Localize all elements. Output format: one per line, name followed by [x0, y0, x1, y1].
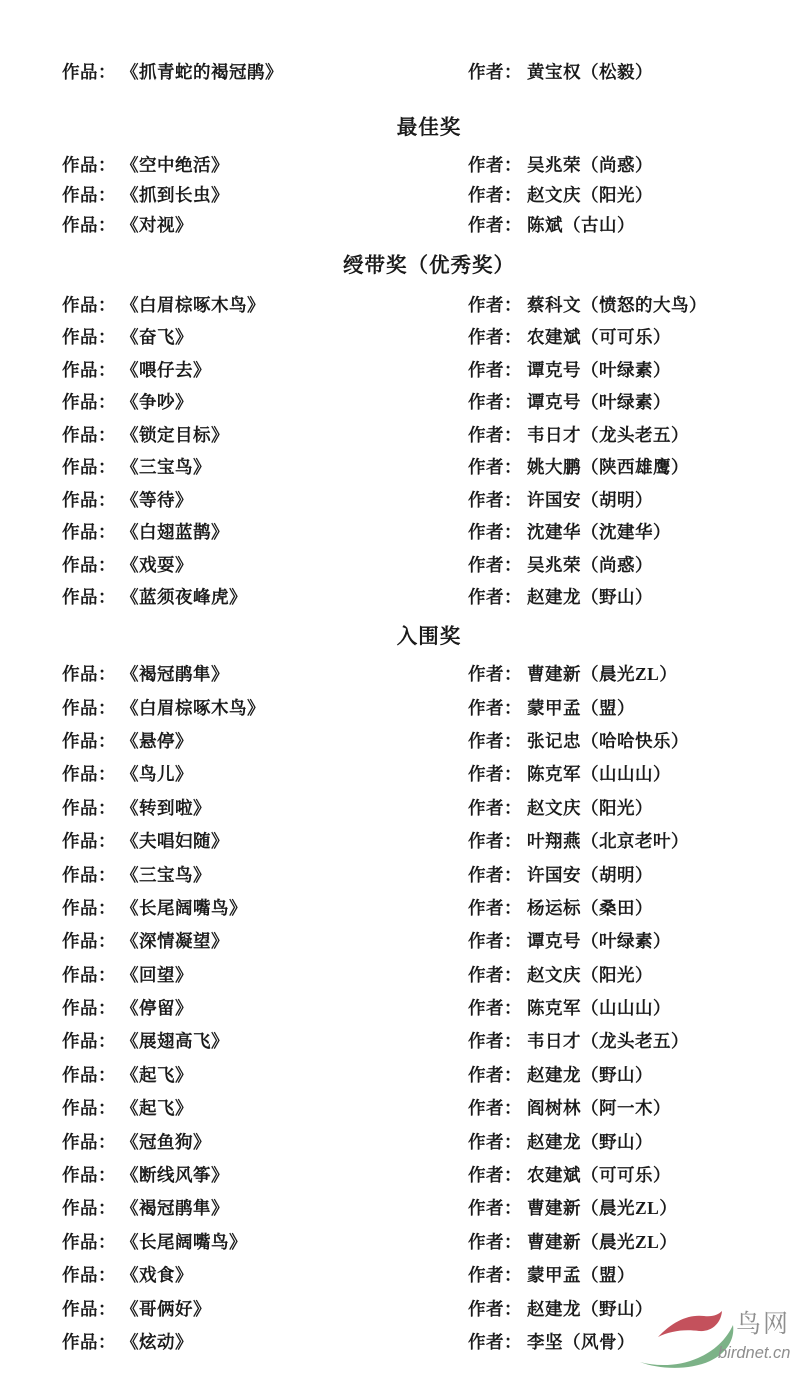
author-name: 许国安（胡明） — [527, 487, 653, 512]
author-name: 蒙甲孟（盟） — [527, 1262, 635, 1287]
author-cell: 作者： 赵建龙（野山） — [468, 584, 653, 609]
author-name: 陈克军（山山山） — [527, 761, 671, 786]
author-cell: 作者： 赵文庆（阳光） — [468, 962, 653, 987]
work-cell: 作品： 《断线风筝》 — [62, 1162, 468, 1187]
author-cell: 作者： 赵建龙（野山） — [468, 1296, 653, 1321]
work-label: 作品： — [62, 1028, 116, 1053]
work-label: 作品： — [62, 862, 116, 887]
author-name: 农建斌（可可乐） — [527, 324, 671, 349]
work-cell: 作品： 《空中绝活》 — [62, 152, 468, 177]
award-row: 作品： 《长尾阔嘴鸟》 作者： 曹建新（晨光ZL） — [0, 1225, 800, 1258]
work-cell: 作品： 《白翅蓝鹊》 — [62, 519, 468, 544]
work-cell: 作品： 《长尾阔嘴鸟》 — [62, 1229, 468, 1254]
author-name: 赵文庆（阳光） — [527, 795, 653, 820]
work-label: 作品： — [62, 212, 116, 237]
work-title: 《褐冠鹃隼》 — [121, 661, 229, 686]
author-name: 李坚（风骨） — [527, 1329, 635, 1354]
work-title: 《展翅高飞》 — [121, 1028, 229, 1053]
work-label: 作品： — [62, 995, 116, 1020]
author-label: 作者： — [468, 584, 522, 609]
work-title: 《夫唱妇随》 — [121, 828, 229, 853]
author-name: 黄宝权（松毅） — [527, 59, 653, 84]
author-name: 韦日才（龙头老五） — [527, 1028, 689, 1053]
work-label: 作品： — [62, 519, 116, 544]
award-row: 作品： 《悬停》 作者： 张记忠（哈哈快乐） — [0, 724, 800, 757]
author-label: 作者： — [468, 1262, 522, 1287]
work-cell: 作品： 《戏食》 — [62, 1262, 468, 1287]
work-title: 《抓到长虫》 — [121, 182, 229, 207]
author-label: 作者： — [468, 862, 522, 887]
author-label: 作者： — [468, 695, 522, 720]
award-row: 作品： 《三宝鸟》 作者： 许国安（胡明） — [0, 857, 800, 890]
work-title: 《抓青蛇的褐冠鹃》 — [121, 59, 283, 84]
work-title: 《奋飞》 — [121, 324, 193, 349]
author-label: 作者： — [468, 761, 522, 786]
award-row: 作品： 《奋飞》 作者： 农建斌（可可乐） — [0, 321, 800, 354]
work-title: 《冠鱼狗》 — [121, 1129, 211, 1154]
award-row: 作品： 《蓝须夜峰虎》 作者： 赵建龙（野山） — [0, 581, 800, 614]
author-label: 作者： — [468, 487, 522, 512]
author-label: 作者： — [468, 519, 522, 544]
award-row: 作品： 《戏食》 作者： 蒙甲孟（盟） — [0, 1258, 800, 1291]
work-label: 作品： — [62, 962, 116, 987]
author-cell: 作者： 黄宝权（松毅） — [468, 59, 653, 84]
work-title: 《停留》 — [121, 995, 193, 1020]
award-row: 作品： 《抓到长虫》 作者： 赵文庆（阳光） — [0, 179, 800, 209]
work-cell: 作品： 《悬停》 — [62, 728, 468, 753]
work-title: 《三宝鸟》 — [121, 862, 211, 887]
author-label: 作者： — [468, 324, 522, 349]
work-label: 作品： — [62, 1262, 116, 1287]
author-label: 作者： — [468, 1028, 522, 1053]
author-label: 作者： — [468, 1095, 522, 1120]
work-label: 作品： — [62, 357, 116, 382]
work-cell: 作品： 《抓到长虫》 — [62, 182, 468, 207]
author-name: 曹建新（晨光ZL） — [527, 1195, 677, 1220]
work-cell: 作品： 《等待》 — [62, 487, 468, 512]
author-label: 作者： — [468, 357, 522, 382]
work-label: 作品： — [62, 152, 116, 177]
work-label: 作品： — [62, 1329, 116, 1354]
work-title: 《三宝鸟》 — [121, 454, 211, 479]
author-cell: 作者： 农建斌（可可乐） — [468, 1162, 671, 1187]
author-name: 杨运标（桑田） — [527, 895, 653, 920]
work-cell: 作品： 《回望》 — [62, 962, 468, 987]
award-row: 作品： 《褐冠鹃隼》 作者： 曹建新（晨光ZL） — [0, 657, 800, 690]
author-cell: 作者： 谭克号（叶绿素） — [468, 928, 671, 953]
work-label: 作品： — [62, 661, 116, 686]
work-cell: 作品： 《哥俩好》 — [62, 1296, 468, 1321]
logo-domain: birdnet.cn — [718, 1344, 790, 1362]
award-row: 作品： 《深情凝望》 作者： 谭克号（叶绿素） — [0, 924, 800, 957]
author-label: 作者： — [468, 928, 522, 953]
red-swoosh-icon — [658, 1311, 722, 1337]
award-row: 作品： 《冠鱼狗》 作者： 赵建龙（野山） — [0, 1124, 800, 1157]
work-title: 《争吵》 — [121, 389, 193, 414]
work-cell: 作品： 《白眉棕啄木鸟》 — [62, 292, 468, 317]
award-row: 作品： 《长尾阔嘴鸟》 作者： 杨运标（桑田） — [0, 891, 800, 924]
work-cell: 作品： 《抓青蛇的褐冠鹃》 — [62, 59, 468, 84]
section-heading: 入围奖 — [0, 625, 800, 649]
author-name: 叶翔燕（北京老叶） — [527, 828, 689, 853]
award-row: 作品： 《锁定目标》 作者： 韦日才（龙头老五） — [0, 418, 800, 451]
author-cell: 作者： 陈斌（古山） — [468, 212, 635, 237]
work-title: 《断线风筝》 — [121, 1162, 229, 1187]
work-label: 作品： — [62, 1229, 116, 1254]
award-row: 作品： 《三宝鸟》 作者： 姚大鹏（陕西雄鹰） — [0, 451, 800, 484]
work-label: 作品： — [62, 1162, 116, 1187]
award-section: 绶带奖（优秀奖） 作品： 《白眉棕啄木鸟》 作者： 蔡科文（愤怒的大鸟） 作品：… — [0, 254, 800, 613]
work-label: 作品： — [62, 292, 116, 317]
work-cell: 作品： 《鸟儿》 — [62, 761, 468, 786]
award-row: 作品： 《夫唱妇随》 作者： 叶翔燕（北京老叶） — [0, 824, 800, 857]
award-section: 作品： 《抓青蛇的褐冠鹃》 作者： 黄宝权（松毅） — [0, 56, 800, 86]
work-label: 作品： — [62, 1195, 116, 1220]
work-title: 《白眉棕啄木鸟》 — [121, 695, 265, 720]
award-row: 作品： 《等待》 作者： 许国安（胡明） — [0, 483, 800, 516]
award-list: 作品： 《抓青蛇的褐冠鹃》 作者： 黄宝权（松毅） 最佳奖 作品： 《空中绝活》… — [0, 0, 800, 1358]
author-cell: 作者： 蔡科文（愤怒的大鸟） — [468, 292, 707, 317]
author-cell: 作者： 韦日才（龙头老五） — [468, 1028, 689, 1053]
work-label: 作品： — [62, 324, 116, 349]
work-title: 《长尾阔嘴鸟》 — [121, 895, 247, 920]
author-cell: 作者： 李坚（风骨） — [468, 1329, 635, 1354]
author-label: 作者： — [468, 182, 522, 207]
author-name: 吴兆荣（尚惑） — [527, 152, 653, 177]
author-label: 作者： — [468, 895, 522, 920]
author-name: 曹建新（晨光ZL） — [527, 661, 677, 686]
work-label: 作品： — [62, 695, 116, 720]
work-title: 《喂仔去》 — [121, 357, 211, 382]
author-label: 作者： — [468, 422, 522, 447]
author-name: 农建斌（可可乐） — [527, 1162, 671, 1187]
author-label: 作者： — [468, 454, 522, 479]
work-cell: 作品： 《三宝鸟》 — [62, 862, 468, 887]
work-cell: 作品： 《长尾阔嘴鸟》 — [62, 895, 468, 920]
author-label: 作者： — [468, 661, 522, 686]
author-cell: 作者： 曹建新（晨光ZL） — [468, 1229, 677, 1254]
work-label: 作品： — [62, 828, 116, 853]
work-label: 作品： — [62, 728, 116, 753]
work-title: 《起飞》 — [121, 1062, 193, 1087]
work-title: 《戏耍》 — [121, 552, 193, 577]
work-cell: 作品： 《转到啦》 — [62, 795, 468, 820]
logo-name: 鸟网 — [736, 1310, 790, 1338]
author-cell: 作者： 韦日才（龙头老五） — [468, 422, 689, 447]
work-label: 作品： — [62, 487, 116, 512]
work-title: 《对视》 — [121, 212, 193, 237]
author-cell: 作者： 叶翔燕（北京老叶） — [468, 828, 689, 853]
work-label: 作品： — [62, 928, 116, 953]
author-name: 赵文庆（阳光） — [527, 182, 653, 207]
work-title: 《哥俩好》 — [121, 1296, 211, 1321]
work-title: 《鸟儿》 — [121, 761, 193, 786]
award-row: 作品： 《停留》 作者： 陈克军（山山山） — [0, 991, 800, 1024]
work-title: 《白眉棕啄木鸟》 — [121, 292, 265, 317]
award-document: 作品： 《抓青蛇的褐冠鹃》 作者： 黄宝权（松毅） 最佳奖 作品： 《空中绝活》… — [0, 0, 800, 1379]
work-cell: 作品： 《深情凝望》 — [62, 928, 468, 953]
author-label: 作者： — [468, 292, 522, 317]
work-title: 《等待》 — [121, 487, 193, 512]
author-name: 阎树林（阿一木） — [527, 1095, 671, 1120]
work-title: 《空中绝活》 — [121, 152, 229, 177]
work-title: 《长尾阔嘴鸟》 — [121, 1229, 247, 1254]
work-title: 《白翅蓝鹊》 — [121, 519, 229, 544]
author-label: 作者： — [468, 212, 522, 237]
author-cell: 作者： 许国安（胡明） — [468, 862, 653, 887]
author-cell: 作者： 谭克号（叶绿素） — [468, 389, 671, 414]
author-label: 作者： — [468, 962, 522, 987]
award-row: 作品： 《起飞》 作者： 阎树林（阿一木） — [0, 1091, 800, 1124]
work-label: 作品： — [62, 584, 116, 609]
work-cell: 作品： 《戏耍》 — [62, 552, 468, 577]
work-cell: 作品： 《褐冠鹃隼》 — [62, 1195, 468, 1220]
work-title: 《起飞》 — [121, 1095, 193, 1120]
work-label: 作品： — [62, 1095, 116, 1120]
work-label: 作品： — [62, 454, 116, 479]
work-title: 《蓝须夜峰虎》 — [121, 584, 247, 609]
work-title: 《深情凝望》 — [121, 928, 229, 953]
author-cell: 作者： 陈克军（山山山） — [468, 995, 671, 1020]
award-row: 作品： 《戏耍》 作者： 吴兆荣（尚惑） — [0, 548, 800, 581]
work-title: 《悬停》 — [121, 728, 193, 753]
author-cell: 作者： 阎树林（阿一木） — [468, 1095, 671, 1120]
work-cell: 作品： 《争吵》 — [62, 389, 468, 414]
author-name: 赵建龙（野山） — [527, 1129, 653, 1154]
work-label: 作品： — [62, 761, 116, 786]
work-cell: 作品： 《炫动》 — [62, 1329, 468, 1354]
work-label: 作品： — [62, 1062, 116, 1087]
section-heading: 最佳奖 — [0, 116, 800, 140]
author-cell: 作者： 曹建新（晨光ZL） — [468, 661, 677, 686]
work-cell: 作品： 《蓝须夜峰虎》 — [62, 584, 468, 609]
award-row: 作品： 《转到啦》 作者： 赵文庆（阳光） — [0, 791, 800, 824]
author-name: 许国安（胡明） — [527, 862, 653, 887]
award-row: 作品： 《鸟儿》 作者： 陈克军（山山山） — [0, 757, 800, 790]
author-cell: 作者： 谭克号（叶绿素） — [468, 357, 671, 382]
author-cell: 作者： 陈克军（山山山） — [468, 761, 671, 786]
author-label: 作者： — [468, 152, 522, 177]
author-name: 陈克军（山山山） — [527, 995, 671, 1020]
work-label: 作品： — [62, 1129, 116, 1154]
author-label: 作者： — [468, 828, 522, 853]
work-cell: 作品： 《对视》 — [62, 212, 468, 237]
author-name: 赵建龙（野山） — [527, 584, 653, 609]
work-label: 作品： — [62, 795, 116, 820]
section-heading: 绶带奖（优秀奖） — [0, 254, 800, 278]
work-title: 《褐冠鹃隼》 — [121, 1195, 229, 1220]
author-cell: 作者： 蒙甲孟（盟） — [468, 695, 635, 720]
author-name: 蔡科文（愤怒的大鸟） — [527, 292, 707, 317]
work-label: 作品： — [62, 552, 116, 577]
author-cell: 作者： 曹建新（晨光ZL） — [468, 1195, 677, 1220]
work-label: 作品： — [62, 895, 116, 920]
award-row: 作品： 《白翅蓝鹊》 作者： 沈建华（沈建华） — [0, 516, 800, 549]
author-name: 谭克号（叶绿素） — [527, 357, 671, 382]
author-name: 姚大鹏（陕西雄鹰） — [527, 454, 689, 479]
work-cell: 作品： 《褐冠鹃隼》 — [62, 661, 468, 686]
author-label: 作者： — [468, 1129, 522, 1154]
award-row: 作品： 《白眉棕啄木鸟》 作者： 蔡科文（愤怒的大鸟） — [0, 288, 800, 321]
award-row: 作品： 《展翅高飞》 作者： 韦日才（龙头老五） — [0, 1024, 800, 1057]
work-cell: 作品： 《展翅高飞》 — [62, 1028, 468, 1053]
work-label: 作品： — [62, 182, 116, 207]
author-name: 蒙甲孟（盟） — [527, 695, 635, 720]
work-label: 作品： — [62, 422, 116, 447]
author-name: 曹建新（晨光ZL） — [527, 1229, 677, 1254]
author-cell: 作者： 赵文庆（阳光） — [468, 795, 653, 820]
author-cell: 作者： 许国安（胡明） — [468, 487, 653, 512]
award-row: 作品： 《起飞》 作者： 赵建龙（野山） — [0, 1058, 800, 1091]
author-name: 吴兆荣（尚惑） — [527, 552, 653, 577]
work-title: 《回望》 — [121, 962, 193, 987]
work-cell: 作品： 《冠鱼狗》 — [62, 1129, 468, 1154]
author-label: 作者： — [468, 728, 522, 753]
award-section: 入围奖 作品： 《褐冠鹃隼》 作者： 曹建新（晨光ZL） 作品： 《白眉棕啄木鸟… — [0, 625, 800, 1358]
author-label: 作者： — [468, 1229, 522, 1254]
author-name: 谭克号（叶绿素） — [527, 928, 671, 953]
work-cell: 作品： 《起飞》 — [62, 1095, 468, 1120]
author-name: 陈斌（古山） — [527, 212, 635, 237]
award-row: 作品： 《喂仔去》 作者： 谭克号（叶绿素） — [0, 353, 800, 386]
award-section: 最佳奖 作品： 《空中绝活》 作者： 吴兆荣（尚惑） 作品： 《抓到长虫》 作者… — [0, 116, 800, 239]
author-label: 作者： — [468, 1296, 522, 1321]
work-cell: 作品： 《起飞》 — [62, 1062, 468, 1087]
award-row: 作品： 《褐冠鹃隼》 作者： 曹建新（晨光ZL） — [0, 1191, 800, 1224]
author-label: 作者： — [468, 1062, 522, 1087]
author-name: 赵建龙（野山） — [527, 1062, 653, 1087]
work-label: 作品： — [62, 59, 116, 84]
author-cell: 作者： 农建斌（可可乐） — [468, 324, 671, 349]
award-row: 作品： 《争吵》 作者： 谭克号（叶绿素） — [0, 386, 800, 419]
author-label: 作者： — [468, 389, 522, 414]
author-cell: 作者： 赵建龙（野山） — [468, 1129, 653, 1154]
author-cell: 作者： 张记忠（哈哈快乐） — [468, 728, 689, 753]
work-title: 《戏食》 — [121, 1262, 193, 1287]
birdnet-logo: 鸟网 birdnet.cn — [630, 1292, 800, 1377]
author-name: 谭克号（叶绿素） — [527, 389, 671, 414]
author-label: 作者： — [468, 795, 522, 820]
work-label: 作品： — [62, 389, 116, 414]
author-cell: 作者： 姚大鹏（陕西雄鹰） — [468, 454, 689, 479]
work-title: 《锁定目标》 — [121, 422, 229, 447]
award-row: 作品： 《对视》 作者： 陈斌（古山） — [0, 209, 800, 239]
work-cell: 作品： 《奋飞》 — [62, 324, 468, 349]
author-cell: 作者： 吴兆荣（尚惑） — [468, 152, 653, 177]
author-cell: 作者： 杨运标（桑田） — [468, 895, 653, 920]
author-cell: 作者： 蒙甲孟（盟） — [468, 1262, 635, 1287]
author-name: 韦日才（龙头老五） — [527, 422, 689, 447]
author-label: 作者： — [468, 995, 522, 1020]
work-title: 《炫动》 — [121, 1329, 193, 1354]
author-cell: 作者： 吴兆荣（尚惑） — [468, 552, 653, 577]
author-cell: 作者： 赵文庆（阳光） — [468, 182, 653, 207]
author-name: 张记忠（哈哈快乐） — [527, 728, 689, 753]
work-cell: 作品： 《停留》 — [62, 995, 468, 1020]
work-cell: 作品： 《锁定目标》 — [62, 422, 468, 447]
work-cell: 作品： 《白眉棕啄木鸟》 — [62, 695, 468, 720]
award-row: 作品： 《白眉棕啄木鸟》 作者： 蒙甲孟（盟） — [0, 690, 800, 723]
author-label: 作者： — [468, 552, 522, 577]
author-name: 沈建华（沈建华） — [527, 519, 671, 544]
work-cell: 作品： 《三宝鸟》 — [62, 454, 468, 479]
award-row: 作品： 《断线风筝》 作者： 农建斌（可可乐） — [0, 1158, 800, 1191]
author-cell: 作者： 沈建华（沈建华） — [468, 519, 671, 544]
author-name: 赵文庆（阳光） — [527, 962, 653, 987]
work-cell: 作品： 《夫唱妇随》 — [62, 828, 468, 853]
work-title: 《转到啦》 — [121, 795, 211, 820]
author-label: 作者： — [468, 1329, 522, 1354]
award-row: 作品： 《回望》 作者： 赵文庆（阳光） — [0, 958, 800, 991]
author-label: 作者： — [468, 59, 522, 84]
award-row: 作品： 《空中绝活》 作者： 吴兆荣（尚惑） — [0, 149, 800, 179]
author-label: 作者： — [468, 1162, 522, 1187]
work-label: 作品： — [62, 1296, 116, 1321]
award-row: 作品： 《抓青蛇的褐冠鹃》 作者： 黄宝权（松毅） — [0, 56, 800, 86]
author-label: 作者： — [468, 1195, 522, 1220]
author-cell: 作者： 赵建龙（野山） — [468, 1062, 653, 1087]
work-cell: 作品： 《喂仔去》 — [62, 357, 468, 382]
